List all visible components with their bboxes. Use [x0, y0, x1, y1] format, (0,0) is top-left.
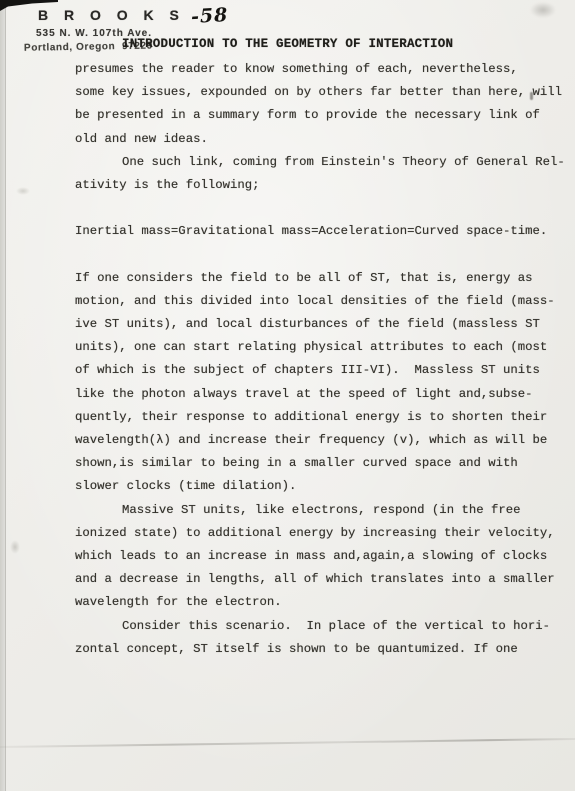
text-line: be presented in a summary form to provid… [75, 104, 545, 127]
scan-smudge [530, 2, 556, 18]
blank-line [75, 244, 545, 267]
text-line: presumes the reader to know something of… [75, 58, 545, 81]
stamp-name-line: B R O O K S-58 [38, 5, 228, 27]
typewritten-body: presumes the reader to know something of… [75, 58, 545, 661]
text-line: ativity is the following; [75, 174, 545, 197]
text-line: One such link, coming from Einstein's Th… [75, 151, 545, 174]
scan-speck [10, 540, 20, 554]
text-line: ionized state) to additional energy by i… [75, 522, 545, 545]
scan-speck [16, 187, 30, 195]
text-line: zontal concept, ST itself is shown to be… [75, 638, 545, 661]
text-line: quently, their response to additional en… [75, 406, 545, 429]
blank-line [75, 197, 545, 220]
document-title: INTRODUCTION TO THE GEOMETRY OF INTERACT… [122, 37, 453, 51]
text-line: ive ST units), and local disturbances of… [75, 313, 545, 336]
text-line: like the photon always travel at the spe… [75, 383, 545, 406]
text-line: which leads to an increase in mass and,a… [75, 545, 545, 568]
equation-line: Inertial mass=Gravitational mass=Acceler… [75, 220, 545, 243]
stamped-name: B R O O K S [38, 7, 185, 23]
text-line: some key issues, expounded on by others … [75, 81, 545, 104]
ink-speck [530, 92, 533, 100]
text-line: If one considers the field to be all of … [75, 267, 545, 290]
text-line: wavelength for the electron. [75, 591, 545, 614]
text-line: wavelength(λ) and increase their frequen… [75, 429, 545, 452]
paper-crease-line [0, 738, 575, 748]
handwritten-number: -58 [190, 4, 228, 28]
text-line: slower clocks (time dilation). [75, 475, 545, 498]
text-line: Massive ST units, like electrons, respon… [75, 499, 545, 522]
text-line: units), one can start relating physical … [75, 336, 545, 359]
scan-left-edge [0, 0, 6, 791]
text-line: Consider this scenario. In place of the … [75, 615, 545, 638]
text-line: shown,is similar to being in a smaller c… [75, 452, 545, 475]
text-line: old and new ideas. [75, 128, 545, 151]
text-line: and a decrease in lengths, all of which … [75, 568, 545, 591]
text-line: motion, and this divided into local dens… [75, 290, 545, 313]
scanned-document-page: B R O O K S-58 535 N. W. 107th Ave. Port… [0, 0, 575, 791]
text-line: of which is the subject of chapters III-… [75, 359, 545, 382]
